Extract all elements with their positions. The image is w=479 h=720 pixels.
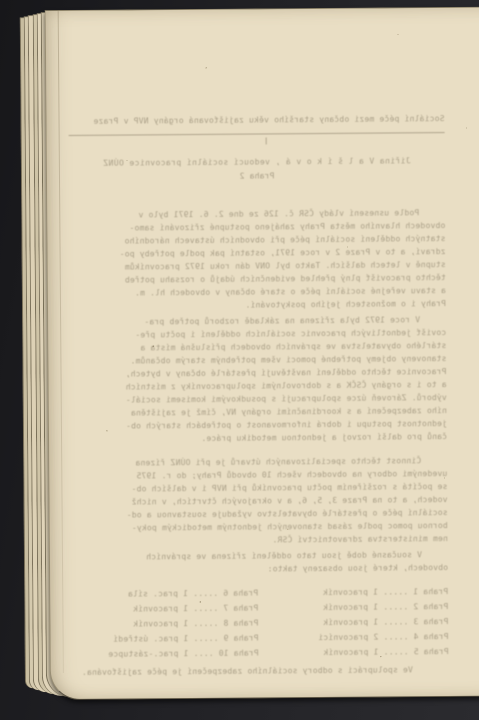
paragraph-2: V roce 1972 byla zřízena na základě rozb… <box>70 313 447 446</box>
district-cell-left: Praha 4 ..... 2 pracovníci <box>259 629 449 645</box>
paragraph-3: Činnost těchto specializovaných útvarů j… <box>71 454 448 548</box>
district-cell-left: Praha 1 ..... 1 pracovník <box>258 584 448 600</box>
closing-line: Ve spolupráci s odbory sociálního zabezp… <box>73 663 449 679</box>
district-cell-right: Praha 10 .... 1 prac.-zástupce <box>73 646 259 662</box>
header-rule <box>69 132 445 136</box>
list-row: Praha 5 ..... 1 pracovník Praha 10 .... … <box>73 644 449 662</box>
list-intro: V současné době jsou tato oddělení zříze… <box>72 548 448 577</box>
text-line: Prahy i o možnostech jejího poskytování. <box>70 297 446 313</box>
running-header-line: Sociální péče mezi občany staršího věku … <box>68 112 444 128</box>
header-rule-tick <box>266 137 267 144</box>
district-cell-right: Praha 6 ..... 1 prac. síla <box>72 586 258 602</box>
bleedthrough-text-overlay: Sociální péče mezi občany staršího věku … <box>68 8 449 699</box>
district-cell-left: Praha 2 ..... 1 pracovník <box>258 599 448 615</box>
district-list: Praha 1 ..... 1 pracovník Praha 6 ..... … <box>72 584 449 662</box>
district-cell-right: Praha 8 ..... 1 pracovník <box>72 616 258 632</box>
heading-line-2: Praha 2 <box>69 168 445 184</box>
text-line: nem ministerstva zdravotnictví ČSR. <box>72 532 448 548</box>
district-cell-right: Praha 9 ..... 1 prac. ústředí <box>73 631 259 647</box>
current-blank-page: Sociální péče mezi občany staršího věku … <box>45 6 479 700</box>
district-cell-left: Praha 5 ..... 1 pracovník <box>259 644 449 660</box>
scanned-book-photo: Sociální péče mezi občany staršího věku … <box>0 0 479 720</box>
bleed-line: Sociální péče mezi občany staršího věku … <box>68 112 444 128</box>
district-cell-left: Praha 3 ..... 1 pracovník <box>258 614 448 630</box>
book: Sociální péče mezi občany staršího věku … <box>0 0 479 720</box>
text-line: obvodech, které jsou obsazeny takto: <box>72 561 448 577</box>
paragraph-1: Podle usnesení vlády ČSR č. 126 ze dne 2… <box>69 206 446 313</box>
district-cell-right: Praha 7 ..... 1 pracovník <box>72 601 258 617</box>
